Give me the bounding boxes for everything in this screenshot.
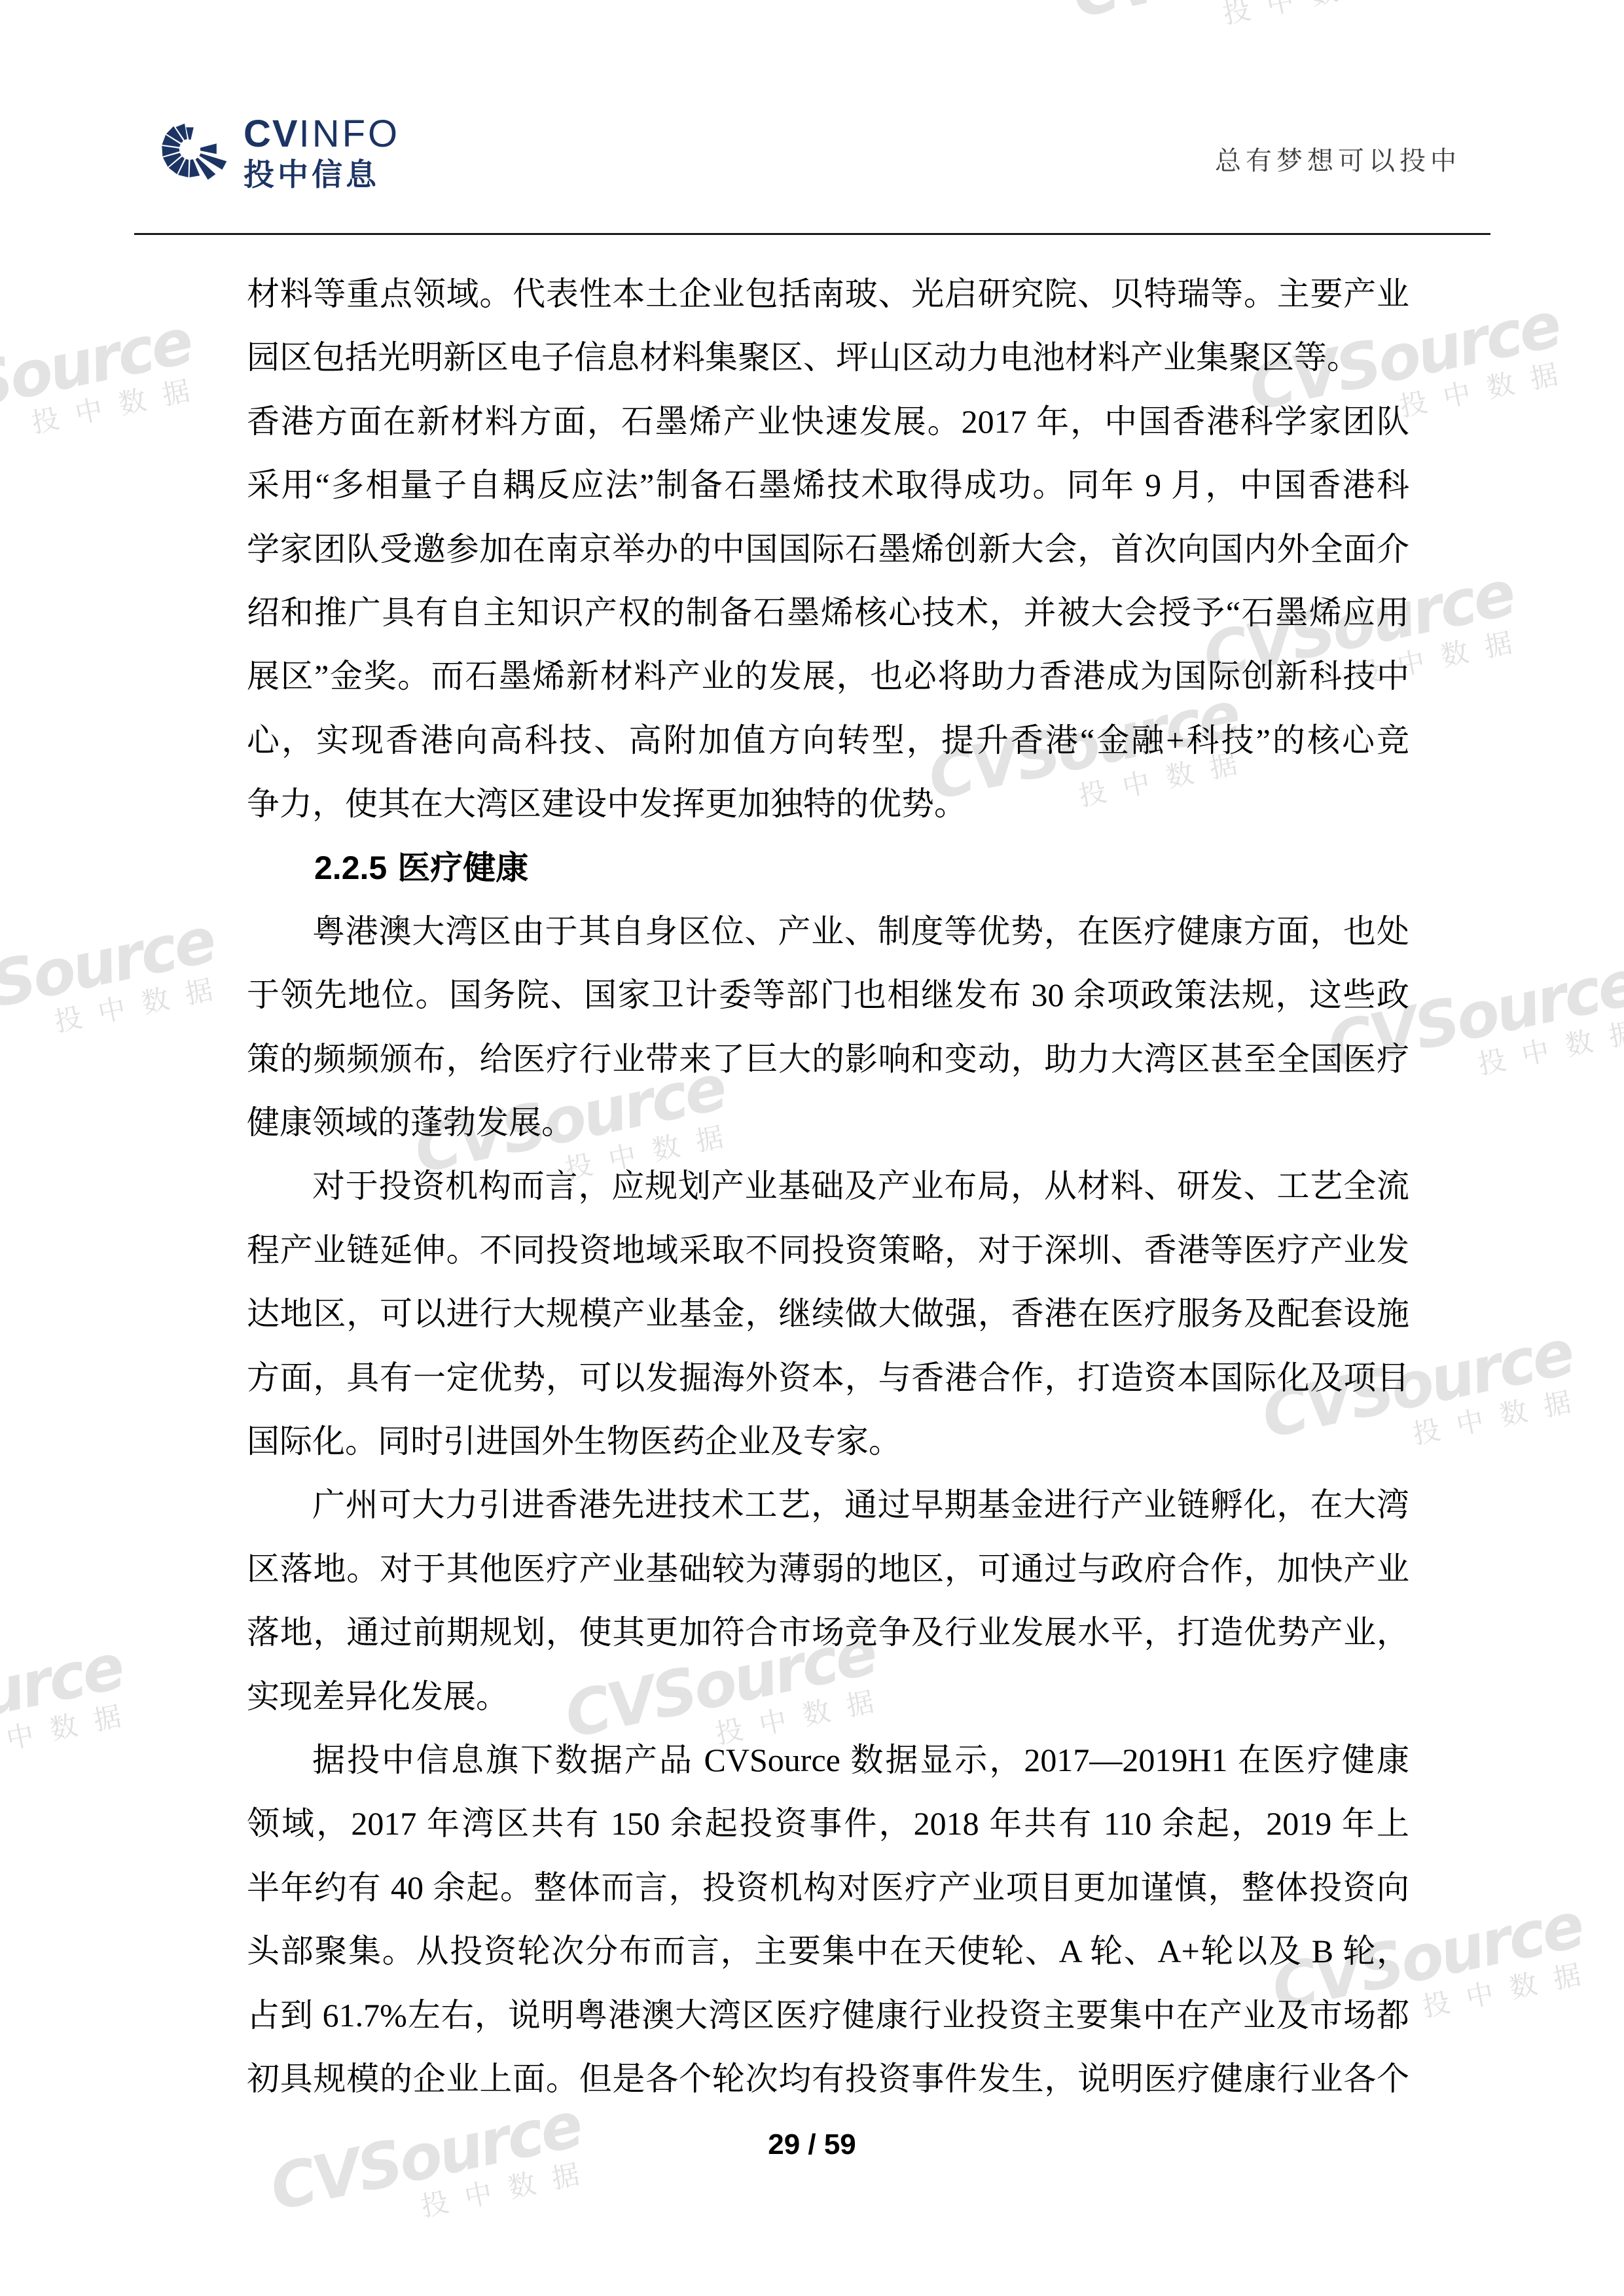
watermark-logo-text: CVSource: [1066, 0, 1395, 32]
body-line: 采用“多相量子自耦反应法”制备石墨烯技术取得成功。同年 9 月，中国香港科: [247, 454, 1409, 517]
cvsource-watermark: CVSource 投中数据: [0, 304, 210, 471]
body-line: 园区包括光明新区电子信息材料集聚区、坪山区动力电池材料产业集聚区等。: [247, 326, 1409, 389]
body-line: 国际化。同时引进国外生物医药企业及专家。: [247, 1410, 1409, 1473]
logo-info: INFO: [299, 113, 401, 155]
body-line: 半年约有 40 余起。整体而言，投资机构对医疗产业项目更加谨慎，整体投资向: [247, 1856, 1409, 1920]
body-line: 区落地。对于其他医疗产业基础较为薄弱的地区，可通过与政府合作，加快产业: [247, 1537, 1409, 1601]
logo-text-block: CVINFO 投中信息: [244, 105, 400, 190]
cvsource-watermark: CVSource 投中数据: [264, 2088, 600, 2254]
document-body: 材料等重点领域。代表性本土企业包括南玻、光启研究院、贝特瑞等。主要产业 园区包括…: [247, 262, 1409, 2111]
body-line: 方面，具有一定优势，可以发掘海外资本，与香港合作，打造资本国际化及项目: [247, 1346, 1409, 1410]
body-line: 据投中信息旗下数据产品 CVSource 数据显示，2017—2019H1 在医…: [247, 1729, 1409, 1792]
body-line: 领域，2017 年湾区共有 150 余起投资事件，2018 年共有 110 余起…: [247, 1792, 1409, 1856]
logo-cv: CV: [244, 113, 299, 155]
section-heading: 2.2.5医疗健康: [247, 836, 1409, 900]
body-line: 实现差异化发展。: [247, 1665, 1409, 1729]
watermark-subtitle: 投中数据: [1219, 0, 1401, 32]
watermark-subtitle: 投中数据: [1474, 1007, 1624, 1083]
body-line: 粤港澳大湾区由于其自身区位、产业、制度等优势，在医疗健康方面，也处: [247, 900, 1409, 963]
body-line: 心，实现香港向高科技、高附加值方向转型，提升香港“金融+科技”的核心竞: [247, 709, 1409, 772]
header-slogan: 总有梦想可以投中: [1215, 140, 1461, 177]
watermark-subtitle: 投中数据: [27, 366, 210, 441]
watermark-subtitle: 投中数据: [0, 1691, 141, 1767]
section-title: 医疗健康: [397, 850, 528, 886]
body-line: 对于投资机构而言，应规划产业基础及产业布局，从材料、研发、工艺全流: [247, 1155, 1409, 1218]
body-line: 程产业链延伸。不同投资地域采取不同投资策略，对于深圳、香港等医疗产业发: [247, 1219, 1409, 1282]
body-line: 初具规模的企业上面。但是各个轮次均有投资事件发生，说明医疗健康行业各个: [247, 2047, 1409, 2111]
body-line: 于领先地位。国务院、国家卫计委等部门也相继发布 30 余项政策法规，这些政: [247, 963, 1409, 1027]
body-line: 头部聚集。从投资轮次分布而言，主要集中在天使轮、A 轮、A+轮以及 B 轮，: [247, 1920, 1409, 1983]
logo-chinese-text: 投中信息: [244, 159, 400, 190]
body-line: 达地区，可以进行大规模产业基金，继续做大做强，香港在医疗服务及配套设施: [247, 1282, 1409, 1346]
body-line: 学家团队受邀参加在南京举办的中国国际石墨烯创新大会，首次向国内外全面介: [247, 518, 1409, 581]
body-line: 展区”金奖。而石墨烯新材料产业的发展，也必将助力香港成为国际创新科技中: [247, 645, 1409, 708]
watermark-logo-text: CVSource: [0, 1630, 135, 1767]
cvsource-watermark: CVSource 投中数据: [0, 903, 233, 1069]
watermark-subtitle: 投中数据: [50, 965, 233, 1040]
watermark-subtitle: 投中数据: [1396, 350, 1578, 425]
body-line: 广州可大力引进香港先进技术工艺，通过早期基金进行产业链孵化，在大湾: [247, 1473, 1409, 1537]
watermark-logo-text: CVSource: [0, 903, 226, 1040]
header-divider: [134, 233, 1490, 235]
cvinfo-logo: CVINFO 投中信息: [149, 105, 400, 190]
report-page: CVSource 投中数据 CVSource 投中数据 CVSource 投中数…: [0, 0, 1624, 2296]
section-number: 2.2.5: [314, 850, 387, 886]
body-line: 争力，使其在大湾区建设中发挥更加独特的优势。: [247, 772, 1409, 836]
cvsource-watermark: CVSource 投中数据: [1066, 0, 1401, 62]
body-line: 材料等重点领域。代表性本土企业包括南玻、光启研究院、贝特瑞等。主要产业: [247, 262, 1409, 326]
body-line: 绍和推广具有自主知识产权的制备石墨烯核心技术，并被大会授予“石墨烯应用: [247, 581, 1409, 645]
body-line: 占到 61.7%左右，说明粤港澳大湾区医疗健康行业投资主要集中在产业及市场都: [247, 1984, 1409, 2047]
body-line: 策的频频颁布，给医疗行业带来了巨大的影响和变动，助力大湾区甚至全国医疗: [247, 1028, 1409, 1091]
watermark-logo-text: CVSource: [0, 304, 204, 441]
cvinfo-starburst-icon: [149, 109, 230, 190]
page-number: 29 / 59: [0, 2128, 1624, 2161]
cvsource-watermark: CVSource 投中数据: [0, 1630, 141, 1796]
watermark-subtitle: 投中数据: [1409, 1377, 1591, 1452]
body-line: 健康领域的蓬勃发展。: [247, 1091, 1409, 1155]
logo-latin-text: CVINFO: [244, 115, 400, 153]
watermark-subtitle: 投中数据: [1418, 1950, 1601, 2025]
body-line: 落地，通过前期规划，使其更加符合市场竞争及行业发展水平，打造优势产业，: [247, 1601, 1409, 1664]
body-line: 香港方面在新材料方面，石墨烯产业快速发展。2017 年，中国香港科学家团队: [247, 390, 1409, 454]
